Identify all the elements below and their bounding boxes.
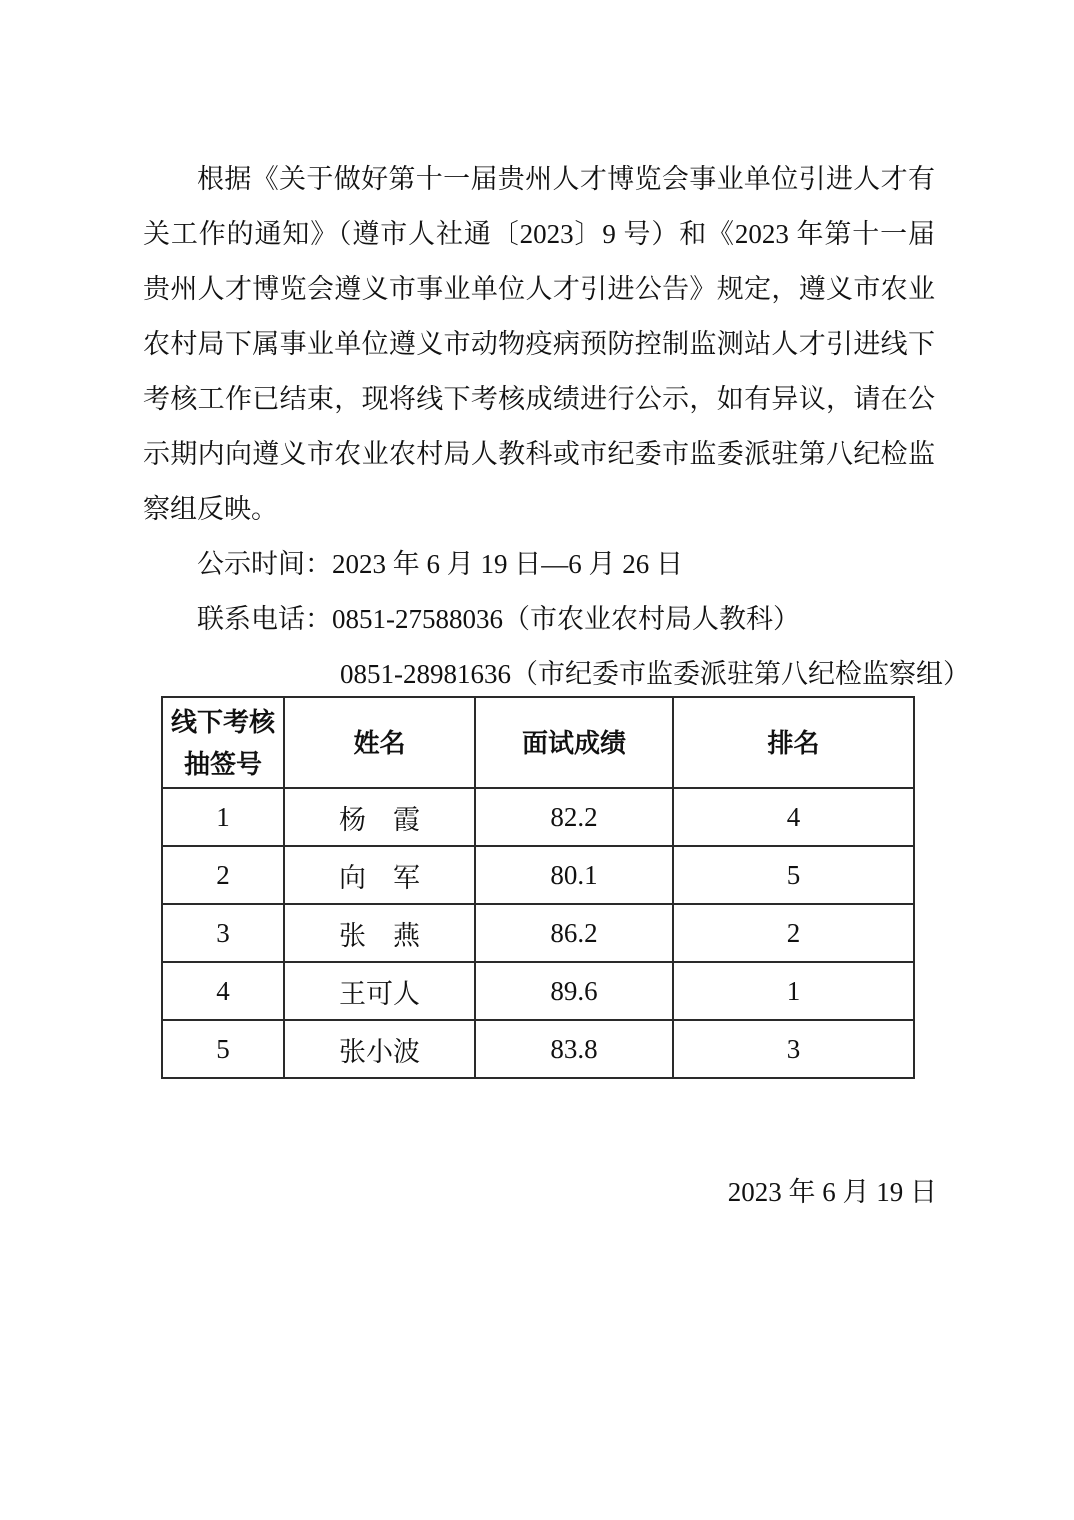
header-rank: 排名 [673, 697, 914, 788]
cell-interview-score: 82.2 [475, 788, 673, 846]
header-interview-score: 面试成绩 [475, 697, 673, 788]
table-row: 5 张小波 83.8 3 [162, 1020, 914, 1078]
cell-name: 杨 霞 [284, 788, 475, 846]
score-table: 线下考核 抽签号 姓名 面试成绩 排名 1 杨 霞 82.2 4 2 向 军 8… [161, 696, 915, 1079]
table-header-row: 线下考核 抽签号 姓名 面试成绩 排名 [162, 697, 914, 788]
cell-draw-number: 1 [162, 788, 284, 846]
cell-draw-number: 5 [162, 1020, 284, 1078]
table-row: 2 向 军 80.1 5 [162, 846, 914, 904]
contact-label: 联系电话： [197, 604, 332, 634]
cell-interview-score: 83.8 [475, 1020, 673, 1078]
cell-interview-score: 89.6 [475, 962, 673, 1020]
publicity-time-line: 公示时间：2023 年 6 月 19 日—6 月 26 日 [143, 537, 935, 592]
document-page: 根据《关于做好第十一届贵州人才博览会事业单位引进人才有关工作的通知》（遵市人社通… [0, 0, 1074, 1520]
sign-date: 2023 年 6 月 19 日 [728, 1172, 937, 1212]
table-row: 3 张 燕 86.2 2 [162, 904, 914, 962]
table-row: 1 杨 霞 82.2 4 [162, 788, 914, 846]
cell-draw-number: 3 [162, 904, 284, 962]
cell-interview-score: 80.1 [475, 846, 673, 904]
cell-interview-score: 86.2 [475, 904, 673, 962]
cell-name: 张小波 [284, 1020, 475, 1078]
contact-phone-1: 0851-27588036（市农业农村局人教科） [332, 604, 800, 634]
table-row: 4 王可人 89.6 1 [162, 962, 914, 1020]
cell-name: 王可人 [284, 962, 475, 1020]
contact-phone-line-2: 0851-28981636（市纪委市监委派驻第八纪检监察组） [340, 647, 935, 702]
notice-body-paragraph: 根据《关于做好第十一届贵州人才博览会事业单位引进人才有关工作的通知》（遵市人社通… [143, 152, 935, 537]
publicity-time-label: 公示时间： [197, 549, 332, 579]
cell-rank: 1 [673, 962, 914, 1020]
contact-phone-line-1: 联系电话：0851-27588036（市农业农村局人教科） [143, 592, 935, 647]
cell-draw-number: 4 [162, 962, 284, 1020]
cell-rank: 5 [673, 846, 914, 904]
contact-phone-2: 0851-28981636（市纪委市监委派驻第八纪检监察组） [340, 659, 970, 689]
cell-draw-number: 2 [162, 846, 284, 904]
cell-name: 张 燕 [284, 904, 475, 962]
cell-rank: 3 [673, 1020, 914, 1078]
cell-rank: 4 [673, 788, 914, 846]
header-draw-number: 线下考核 抽签号 [162, 697, 284, 788]
notice-text-block: 根据《关于做好第十一届贵州人才博览会事业单位引进人才有关工作的通知》（遵市人社通… [143, 152, 935, 702]
cell-rank: 2 [673, 904, 914, 962]
cell-name: 向 军 [284, 846, 475, 904]
header-name: 姓名 [284, 697, 475, 788]
publicity-time-value: 2023 年 6 月 19 日—6 月 26 日 [332, 549, 683, 579]
